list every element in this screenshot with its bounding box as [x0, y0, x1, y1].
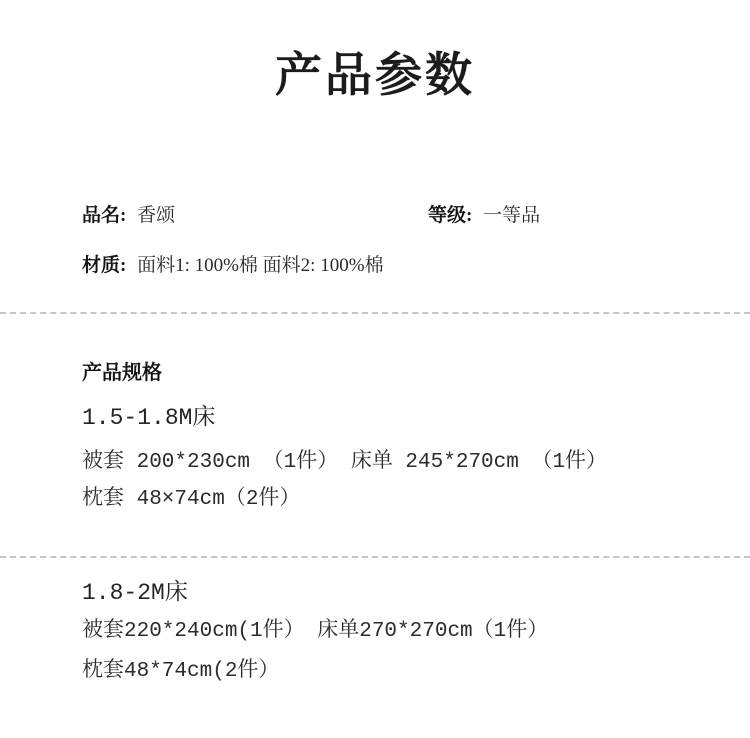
dashed-divider-top [0, 312, 750, 314]
info-row-name-grade: 品名: 香颂 等级: 一等品 [82, 201, 750, 231]
spec-group-1-line-1: 被套 200*230cm （1件） 床单 245*270cm （1件） [82, 444, 607, 474]
info-row-material: 材质: 面料1: 100%棉 面料2: 100%棉 [82, 251, 750, 281]
spec-group-2-line-1: 被套220*240cm(1件） 床单270*270cm（1件） [82, 613, 548, 643]
product-name-value: 香颂 [137, 205, 175, 226]
grade-label: 等级: [428, 205, 472, 226]
product-info-section: 品名: 香颂 等级: 一等品 材质: 面料1: 100%棉 面料2: 100%棉 [82, 201, 750, 281]
specs-section-title: 产品规格 [82, 356, 162, 385]
grade-value: 一等品 [483, 205, 540, 226]
spec-group-1-bed-size: 1.5-1.8M床 [82, 398, 215, 431]
material-value: 面料1: 100%棉 面料2: 100%棉 [137, 255, 383, 276]
dashed-divider-bottom [0, 556, 750, 558]
page-title: 产品参数 [0, 38, 750, 105]
material-label: 材质: [82, 255, 126, 276]
spec-group-2-bed-size: 1.8-2M床 [82, 573, 188, 606]
spec-group-1-line-2: 枕套 48×74cm（2件） [82, 481, 300, 511]
product-parameters-page: 产品参数 品名: 香颂 等级: 一等品 材质: 面料1: 100%棉 面料2: … [0, 0, 750, 738]
spec-group-2-line-2: 枕套48*74cm(2件） [82, 653, 279, 683]
product-name-label: 品名: [82, 205, 126, 226]
grade-item: 等级: 一等品 [428, 201, 540, 231]
product-name-item: 品名: 香颂 [82, 205, 175, 226]
